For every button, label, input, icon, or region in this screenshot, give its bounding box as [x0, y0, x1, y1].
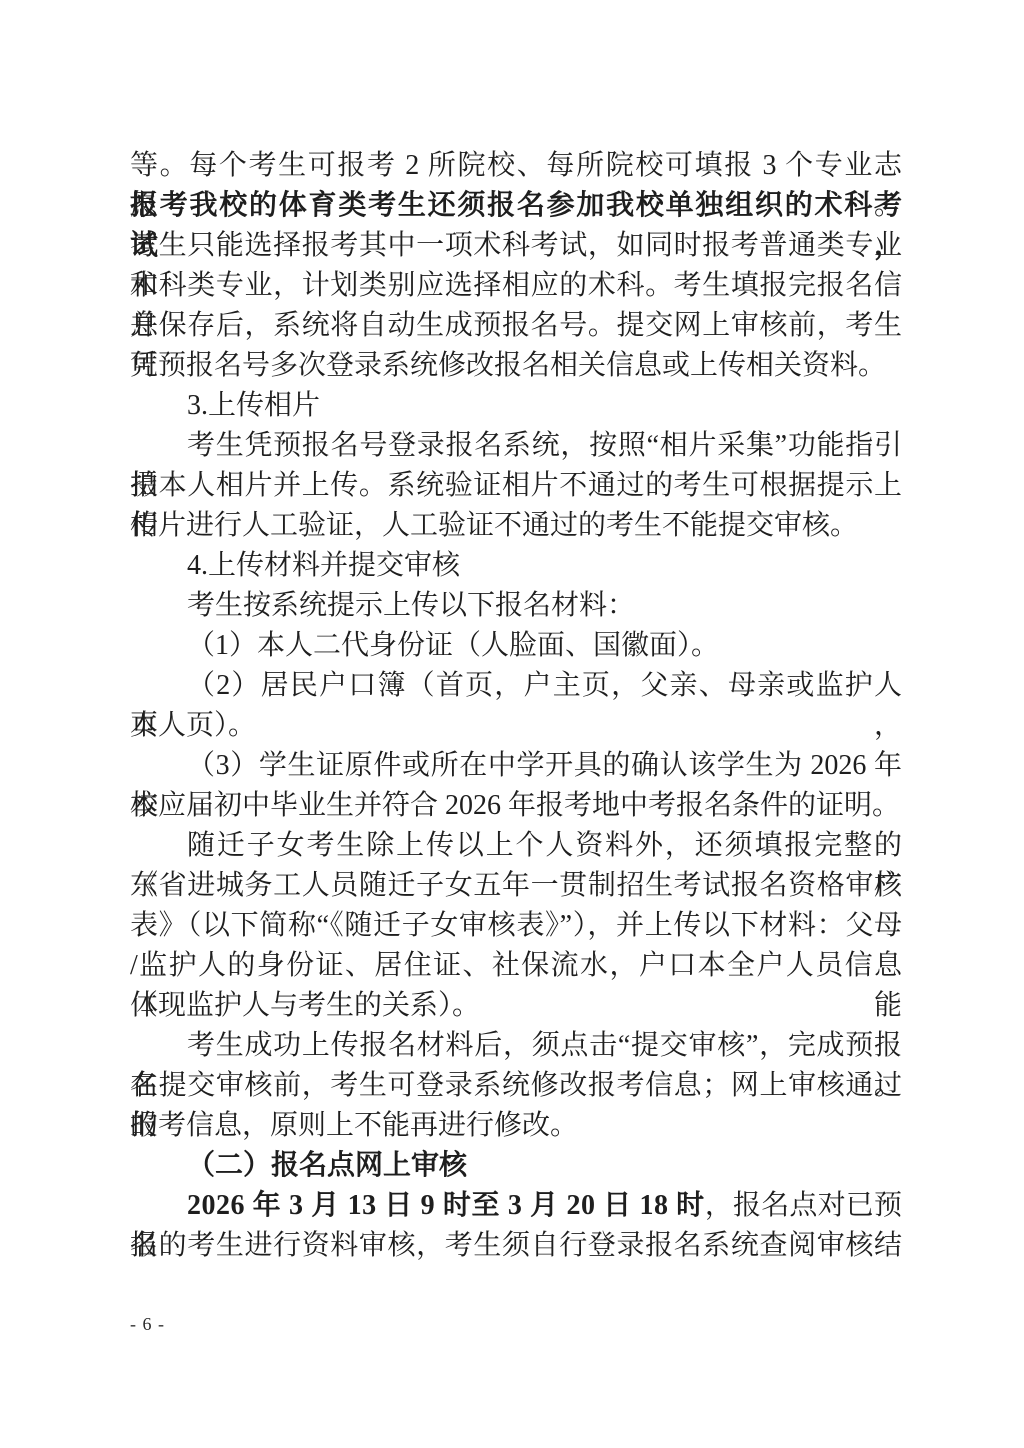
text-line: （3）学生证原件或所在中学开具的确认该学生为 2026 年本	[130, 746, 902, 786]
text-line: 相片进行人工验证，人工验证不通过的考生不能提交审核。	[130, 506, 902, 546]
text-segment: 相片进行人工验证，人工验证不通过的考生不能提交审核。	[130, 510, 858, 541]
text-line: 考生凭预报名号登录报名系统，按照“相片采集”功能指引拍	[130, 426, 902, 466]
text-segment: 表》（以下简称“《随迁子女审核表》”），并上传以下材料：父母	[130, 910, 902, 941]
text-line: 术科类专业，计划类别应选择相应的术科。考生填报完报名信息	[130, 266, 902, 306]
text-line: （二）报名点网上审核	[130, 1146, 902, 1186]
text-block: 等。每个考生可报考 2 所院校、每所院校可填报 3 个专业志愿。报考我校的体育类…	[130, 146, 902, 1266]
text-line: 考生只能选择报考其中一项术科考试，如同时报考普通类专业和	[130, 226, 902, 266]
text-line: 校应届初中毕业生并符合 2026 年报考地中考报名条件的证明。	[130, 786, 902, 826]
text-segment: （1）本人二代身份证（人脸面、国徽面）。	[187, 630, 719, 661]
text-line: 报考我校的体育类考生还须报名参加我校单独组织的术科考试，	[130, 186, 902, 226]
text-line: 考生按系统提示上传以下报名材料：	[130, 586, 902, 626]
document-page: 等。每个考生可报考 2 所院校、每所院校可填报 3 个专业志愿。报考我校的体育类…	[0, 0, 1024, 1448]
text-line: 3.上传相片	[130, 386, 902, 426]
text-line: 报考信息，原则上不能再进行修改。	[130, 1106, 902, 1146]
text-segment: 报考信息，原则上不能再进行修改。	[130, 1110, 578, 1141]
text-line: 凭预报名号多次登录系统修改报名相关信息或上传相关资料。	[130, 346, 902, 386]
text-line: 名的考生进行资料审核，考生须自行登录报名系统查阅审核结	[130, 1226, 902, 1266]
text-segment: 东省进城务工人员随迁子女五年一贯制招生考试报名资格审核	[130, 870, 902, 901]
text-segment: 考生按系统提示上传以下报名材料：	[187, 590, 635, 621]
text-line: 2026 年 3 月 13 日 9 时至 3 月 20 日 18 时，报名点对已…	[130, 1186, 902, 1226]
text-segment: 体现监护人与考生的关系）。	[130, 990, 480, 1021]
text-line: （1）本人二代身份证（人脸面、国徽面）。	[130, 626, 902, 666]
text-segment: （二）报名点网上审核	[187, 1150, 467, 1181]
text-line: 表》（以下简称“《随迁子女审核表》”），并上传以下材料：父母	[130, 906, 902, 946]
text-segment: 4.上传材料并提交审核	[187, 550, 460, 581]
text-segment: 3.上传相片	[187, 390, 320, 421]
text-line: 4.上传材料并提交审核	[130, 546, 902, 586]
text-line: 东省进城务工人员随迁子女五年一贯制招生考试报名资格审核	[130, 866, 902, 906]
page-number: - 6 -	[130, 1312, 165, 1336]
text-line: 并保存后，系统将自动生成预报名号。提交网上审核前，考生可	[130, 306, 902, 346]
text-line: 摄本人相片并上传。系统验证相片不通过的考生可根据提示上传	[130, 466, 902, 506]
text-segment: 本人页）。	[130, 710, 256, 741]
text-segment: 凭预报名号多次登录系统修改报名相关信息或上传相关资料。	[130, 350, 886, 381]
text-segment: 名的考生进行资料审核，考生须自行登录报名系统查阅审核结	[130, 1230, 902, 1261]
text-line: 在提交审核前，考生可登录系统修改报考信息；网上审核通过的	[130, 1066, 902, 1106]
text-line: （2）居民户口簿（首页，户主页，父亲、母亲或监护人页，	[130, 666, 902, 706]
text-line: 等。每个考生可报考 2 所院校、每所院校可填报 3 个专业志愿。	[130, 146, 902, 186]
text-segment: 2026 年 3 月 13 日 9 时至 3 月 20 日 18 时	[187, 1190, 705, 1221]
text-line: 随迁子女考生除上传以上个人资料外，还须填报完整的《广	[130, 826, 902, 866]
text-segment: 校应届初中毕业生并符合 2026 年报考地中考报名条件的证明。	[130, 790, 900, 821]
text-line: /监护人的身份证、居住证、社保流水，户口本全户人员信息（能	[130, 946, 902, 986]
text-line: 考生成功上传报名材料后，须点击“提交审核”，完成预报名。	[130, 1026, 902, 1066]
